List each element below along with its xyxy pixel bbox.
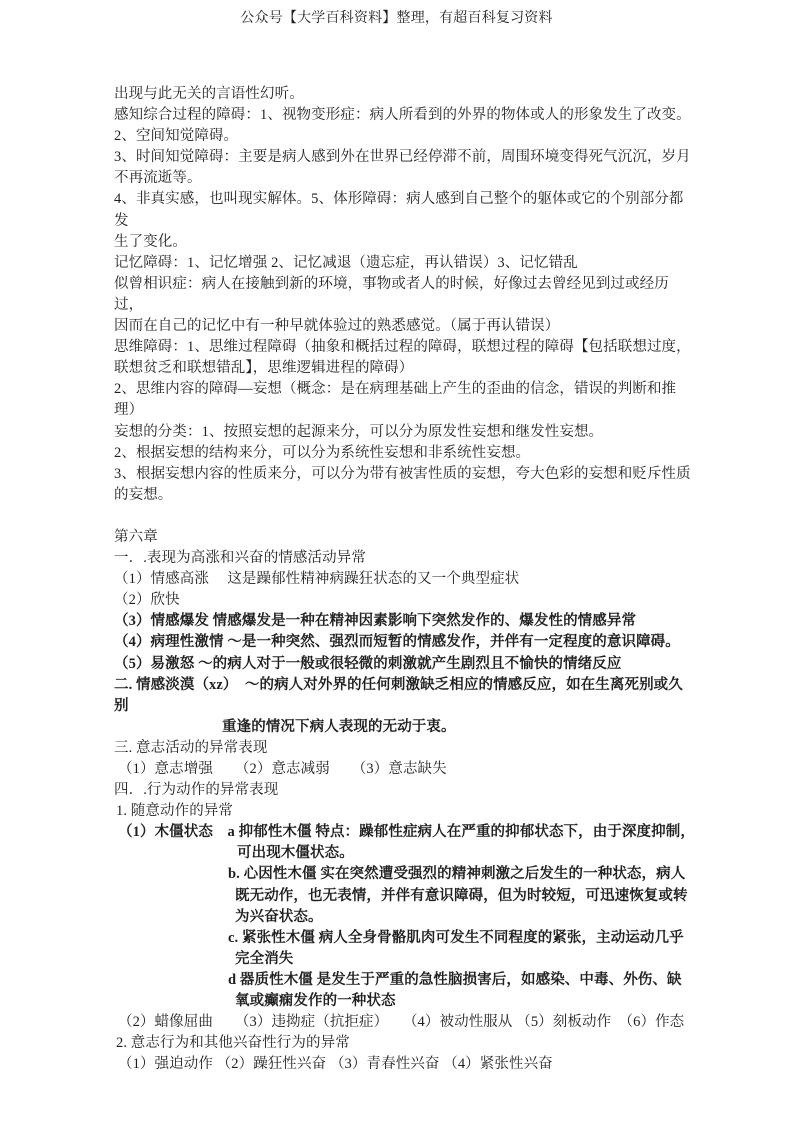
text-line: d 器质性木僵 是发生于严重的急性脑损害后，如感染、中毒、外伤、缺 xyxy=(114,970,696,991)
text-line: （2）欣快 xyxy=(114,590,696,611)
text-line: 妄想的分类：1、按照妄想的起源来分，可以分为原发性妄想和继发性妄想。 xyxy=(114,422,696,443)
document-body: 出现与此无关的言语性幻听。感知综合过程的障碍：1、视物变形症：病人所看到的外界的… xyxy=(114,84,696,1075)
text-line: 2、思维内容的障碍—妄想（概念：是在病理基础上产生的歪曲的信念，错误的判断和推理… xyxy=(114,379,696,421)
text-line: 2. 意志行为和其他兴奋性行为的异常 xyxy=(114,1033,696,1054)
blank-line xyxy=(114,506,696,527)
document-page: 公众号【大学百科资料】整理，有超百科复习资料 出现与此无关的言语性幻听。感知综合… xyxy=(0,0,793,1122)
text-line: 似曾相识症：病人在接触到新的环境，事物或者人的时候，好像过去曾经见到过或经历过， xyxy=(114,274,696,316)
text-line: （1）强迫动作 （2）躁狂性兴奋 （3）青春性兴奋 （4）紧张性兴奋 xyxy=(114,1054,696,1075)
text-line: 既无动作，也无表情，并伴有意识障碍，但为时较短，可迅速恢复或转 xyxy=(114,886,696,907)
text-line: 3、根据妄想内容的性质来分，可以分为带有被害性质的妄想，夸大色彩的妄想和贬斥性质 xyxy=(114,464,696,485)
text-line: 为兴奋状态。 xyxy=(114,907,696,928)
text-line: 1. 随意动作的异常 xyxy=(114,801,696,822)
text-line: 生了变化。 xyxy=(114,232,696,253)
page-header: 公众号【大学百科资料】整理，有超百科复习资料 xyxy=(0,7,793,27)
text-line: 三. 意志活动的异常表现 xyxy=(114,738,696,759)
text-line: 记忆障碍：1、记忆增强 2、记忆减退（遗忘症，再认错误）3、记忆错乱 xyxy=(114,253,696,274)
text-line: 一．.表现为高涨和兴奋的情感活动异常 xyxy=(114,548,696,569)
text-line: （1）情感高涨 这是躁郁性精神病躁狂状态的又一个典型症状 xyxy=(114,569,696,590)
text-line: 可出现木僵状态。 xyxy=(114,843,696,864)
text-line: 2、空间知觉障碍。 xyxy=(114,126,696,147)
text-line: 四．.行为动作的异常表现 xyxy=(114,780,696,801)
text-line: 感知综合过程的障碍：1、视物变形症：病人所看到的外界的物体或人的形象发生了改变。 xyxy=(114,105,696,126)
text-line: 氧或癫痫发作的一种状态 xyxy=(114,991,696,1012)
text-line: c. 紧张性木僵 病人全身骨骼肌肉可发生不同程度的紧张，主动运动几乎 xyxy=(114,928,696,949)
text-line: 重逢的情况下病人表现的无动于衷。 xyxy=(114,717,696,738)
text-line: b. 心因性木僵 实在突然遭受强烈的精神刺激之后发生的一种状态，病人 xyxy=(114,864,696,885)
text-line: 出现与此无关的言语性幻听。 xyxy=(114,84,696,105)
text-line: 不再流逝等。 xyxy=(114,168,696,189)
text-line: 的妄想。 xyxy=(114,485,696,506)
text-line: 2、根据妄想的结构来分，可以分为系统性妄想和非系统性妄想。 xyxy=(114,443,696,464)
text-line: 完全消失 xyxy=(114,949,696,970)
text-line: 4、非真实感，也叫现实解体。5、体形障碍：病人感到自己整个的躯体或它的个别部分都… xyxy=(114,189,696,231)
text-line: （2）蜡像屈曲 （3）违拗症（抗拒症） （4）被动性服从 （5）刻板动作 （6）… xyxy=(114,1012,696,1033)
text-line: 因而在自己的记忆中有一种早就体验过的熟悉感觉。（属于再认错误） xyxy=(114,316,696,337)
text-line: 二. 情感淡漠（xz） 〜的病人对外界的任何刺激缺乏相应的情感反应，如在生离死别… xyxy=(114,675,696,717)
text-line: 联想贫乏和联想错乱】，思维逻辑进程的障碍） xyxy=(114,358,696,379)
text-line: （3）情感爆发 情感爆发是一种在精神因素影响下突然发作的、爆发性的情感异常 xyxy=(114,611,696,632)
text-line: 第六章 xyxy=(114,527,696,548)
text-line: （1）意志增强 （2）意志减弱 （3）意志缺失 xyxy=(114,759,696,780)
text-line: 思维障碍：1、思维过程障碍（抽象和概括过程的障碍，联想过程的障碍【包括联想过度， xyxy=(114,337,696,358)
text-line: （1）木僵状态 a 抑郁性木僵 特点：躁郁性症病人在严重的抑郁状态下，由于深度抑… xyxy=(114,822,696,843)
text-line: 3、时间知觉障碍：主要是病人感到外在世界已经停滞不前，周围环境变得死气沉沉，岁月 xyxy=(114,147,696,168)
text-line: （4）病理性激情 〜是一种突然、强烈而短暂的情感发作，并伴有一定程度的意识障碍。 xyxy=(114,632,696,653)
text-line: （5）易激怒 〜的病人对于一般或很轻微的刺激就产生剧烈且不愉快的情绪反应 xyxy=(114,654,696,675)
